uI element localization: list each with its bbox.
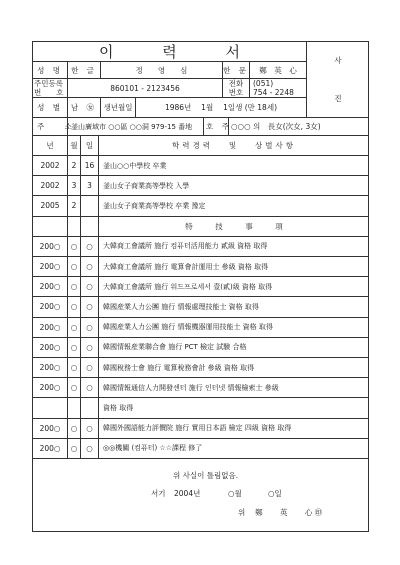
household-head-value: ○○○ 의 長女(次女, 3女) [229, 118, 369, 136]
history-year: 2005 [33, 196, 68, 216]
id-number: 860101 - 2123456 [68, 79, 223, 98]
history-day: ○ [81, 318, 99, 338]
history-month: ○ [68, 237, 81, 257]
history-content: 韓國外國語能力評價院 施行 實用日本語 檢定 四級 資格 取得 [99, 419, 369, 439]
photo-box: 사 진 [307, 42, 369, 118]
history-day: ○ [81, 277, 99, 297]
history-content: 特 技 事 項 [99, 217, 369, 237]
phone-area-code: (051) [253, 79, 273, 88]
history-day: ○ [81, 237, 99, 257]
history-content: 釜山女子商業高等學校 卒業 豫定 [99, 196, 369, 216]
history-month [68, 398, 81, 418]
history-day: ○ [81, 378, 99, 398]
history-year: 2002 [33, 156, 68, 176]
resume-sheet: 이 력 서 사 진 성 명 한 글 정 영 심 한 문 鄭 英 心 주민등록 번… [32, 41, 369, 532]
history-month: ○ [68, 277, 81, 297]
history-month: ○ [68, 419, 81, 439]
history-month: ○ [68, 378, 81, 398]
hanmun-label: 한 문 [223, 62, 250, 79]
gender-value: 남 ㊛ [68, 98, 101, 118]
history-month: ○ [68, 338, 81, 358]
gender-label: 성 별 [33, 98, 68, 118]
month-header: 월 [68, 136, 81, 156]
history-year: 200○ [33, 338, 68, 358]
history-day: ○ [81, 419, 99, 439]
year-header: 년 [33, 136, 68, 156]
history-year: 200○ [33, 439, 68, 459]
date-month: ○월 [228, 488, 242, 499]
hangul-label: 한 글 [68, 62, 101, 79]
birth-date: 1986년 1월 1일생 (만 18세) [136, 98, 307, 118]
birth-label: 생년월일 [101, 98, 136, 118]
date-day: ○일 [268, 488, 282, 499]
phone-number: (051) 754 - 2248 [250, 79, 307, 98]
history-content: 資格 取得 [99, 398, 369, 418]
history-year: 200○ [33, 257, 68, 277]
signature: 위 鄭 英 心 ㊞ [238, 507, 322, 518]
history-month: ○ [68, 257, 81, 277]
history-year [33, 398, 68, 418]
hangul-name: 정 영 심 [101, 62, 223, 79]
history-year: 200○ [33, 277, 68, 297]
history-day: ○ [81, 257, 99, 277]
history-month: ○ [68, 318, 81, 338]
history-day: ○ [81, 297, 99, 317]
phone-label-line2: 번호 [229, 88, 244, 97]
household-head-label: 호 주 [204, 118, 229, 136]
history-content: 大韓商工會議所 施行 워드프로세서 壹(貳)級 資格 取得 [99, 277, 369, 297]
date-prefix: 서기 [151, 488, 166, 499]
history-day [81, 217, 99, 237]
history-month [68, 217, 81, 237]
phone-label: 전화 번호 [223, 79, 250, 98]
history-content: 大韓商工會議所 施行 컴퓨터活用能力 貳級 資格 取得 [99, 237, 369, 257]
history-day: ○ [81, 338, 99, 358]
history-year: 200○ [33, 318, 68, 338]
history-content: 韓國産業人力公團 施行 情報機器運用技能士 資格 取得 [99, 318, 369, 338]
history-header: 학력경력 및 상벌사항 [99, 136, 369, 156]
history-year: 200○ [33, 378, 68, 398]
history-content: ◎◎機關 (컴퓨터) ☆☆課程 修了 [99, 439, 369, 459]
photo-label-top: 사 [334, 55, 341, 66]
photo-label-bottom: 진 [334, 93, 341, 104]
history-day: ○ [81, 358, 99, 378]
history-content: 韓國情報通信人力開發센터 施行 인터넷 情報檢索士 參級 [99, 378, 369, 398]
address-value: 釜山廣域市 ○○區 ○○洞 979-15 番地 [68, 118, 204, 136]
history-year: 200○ [33, 358, 68, 378]
name-label: 성 명 [33, 62, 68, 79]
address-label: 주 소 [33, 118, 68, 136]
page-title: 이 력 서 [33, 42, 307, 62]
hanmun-name: 鄭 英 心 [250, 62, 307, 79]
phone-local: 754 - 2248 [253, 88, 294, 97]
history-content: 韓國稅務士會 施行 電算稅務會計 參級 資格 取得 [99, 358, 369, 378]
history-content: 韓國産業人力公團 施行 情報處理技能士 資格 取得 [99, 297, 369, 317]
history-content: 釜山女子商業高等學校 入學 [99, 176, 369, 196]
history-year: 2002 [33, 176, 68, 196]
history-content: 釜山○○中學校 卒業 [99, 156, 369, 176]
history-year: 200○ [33, 237, 68, 257]
history-month: ○ [68, 297, 81, 317]
id-label-line1: 주민등록 [34, 79, 63, 88]
history-year [33, 217, 68, 237]
statement: 위 사실이 틀림없음. [173, 470, 238, 481]
history-year: 200○ [33, 419, 68, 439]
history-day: ○ [81, 439, 99, 459]
history-month: ○ [68, 358, 81, 378]
history-content: 韓國情報産業聯合會 施行 PCT 檢定 試驗 合格 [99, 338, 369, 358]
history-year: 200○ [33, 297, 68, 317]
history-month: 3 [68, 176, 81, 196]
history-content: 大韓商工會議所 施行 電算會計運用士 參級 資格 取得 [99, 257, 369, 277]
day-header: 일 [81, 136, 99, 156]
history-day [81, 196, 99, 216]
history-month: ○ [68, 439, 81, 459]
history-day [81, 398, 99, 418]
id-label-line2: 번 호 [34, 88, 64, 97]
history-day: 16 [81, 156, 99, 176]
phone-label-line1: 전화 [229, 79, 244, 88]
history-day: 3 [81, 176, 99, 196]
history-month: 2 [68, 196, 81, 216]
history-month: 2 [68, 156, 81, 176]
date-year: 2004년 [174, 488, 200, 499]
id-label: 주민등록 번 호 [33, 79, 68, 98]
